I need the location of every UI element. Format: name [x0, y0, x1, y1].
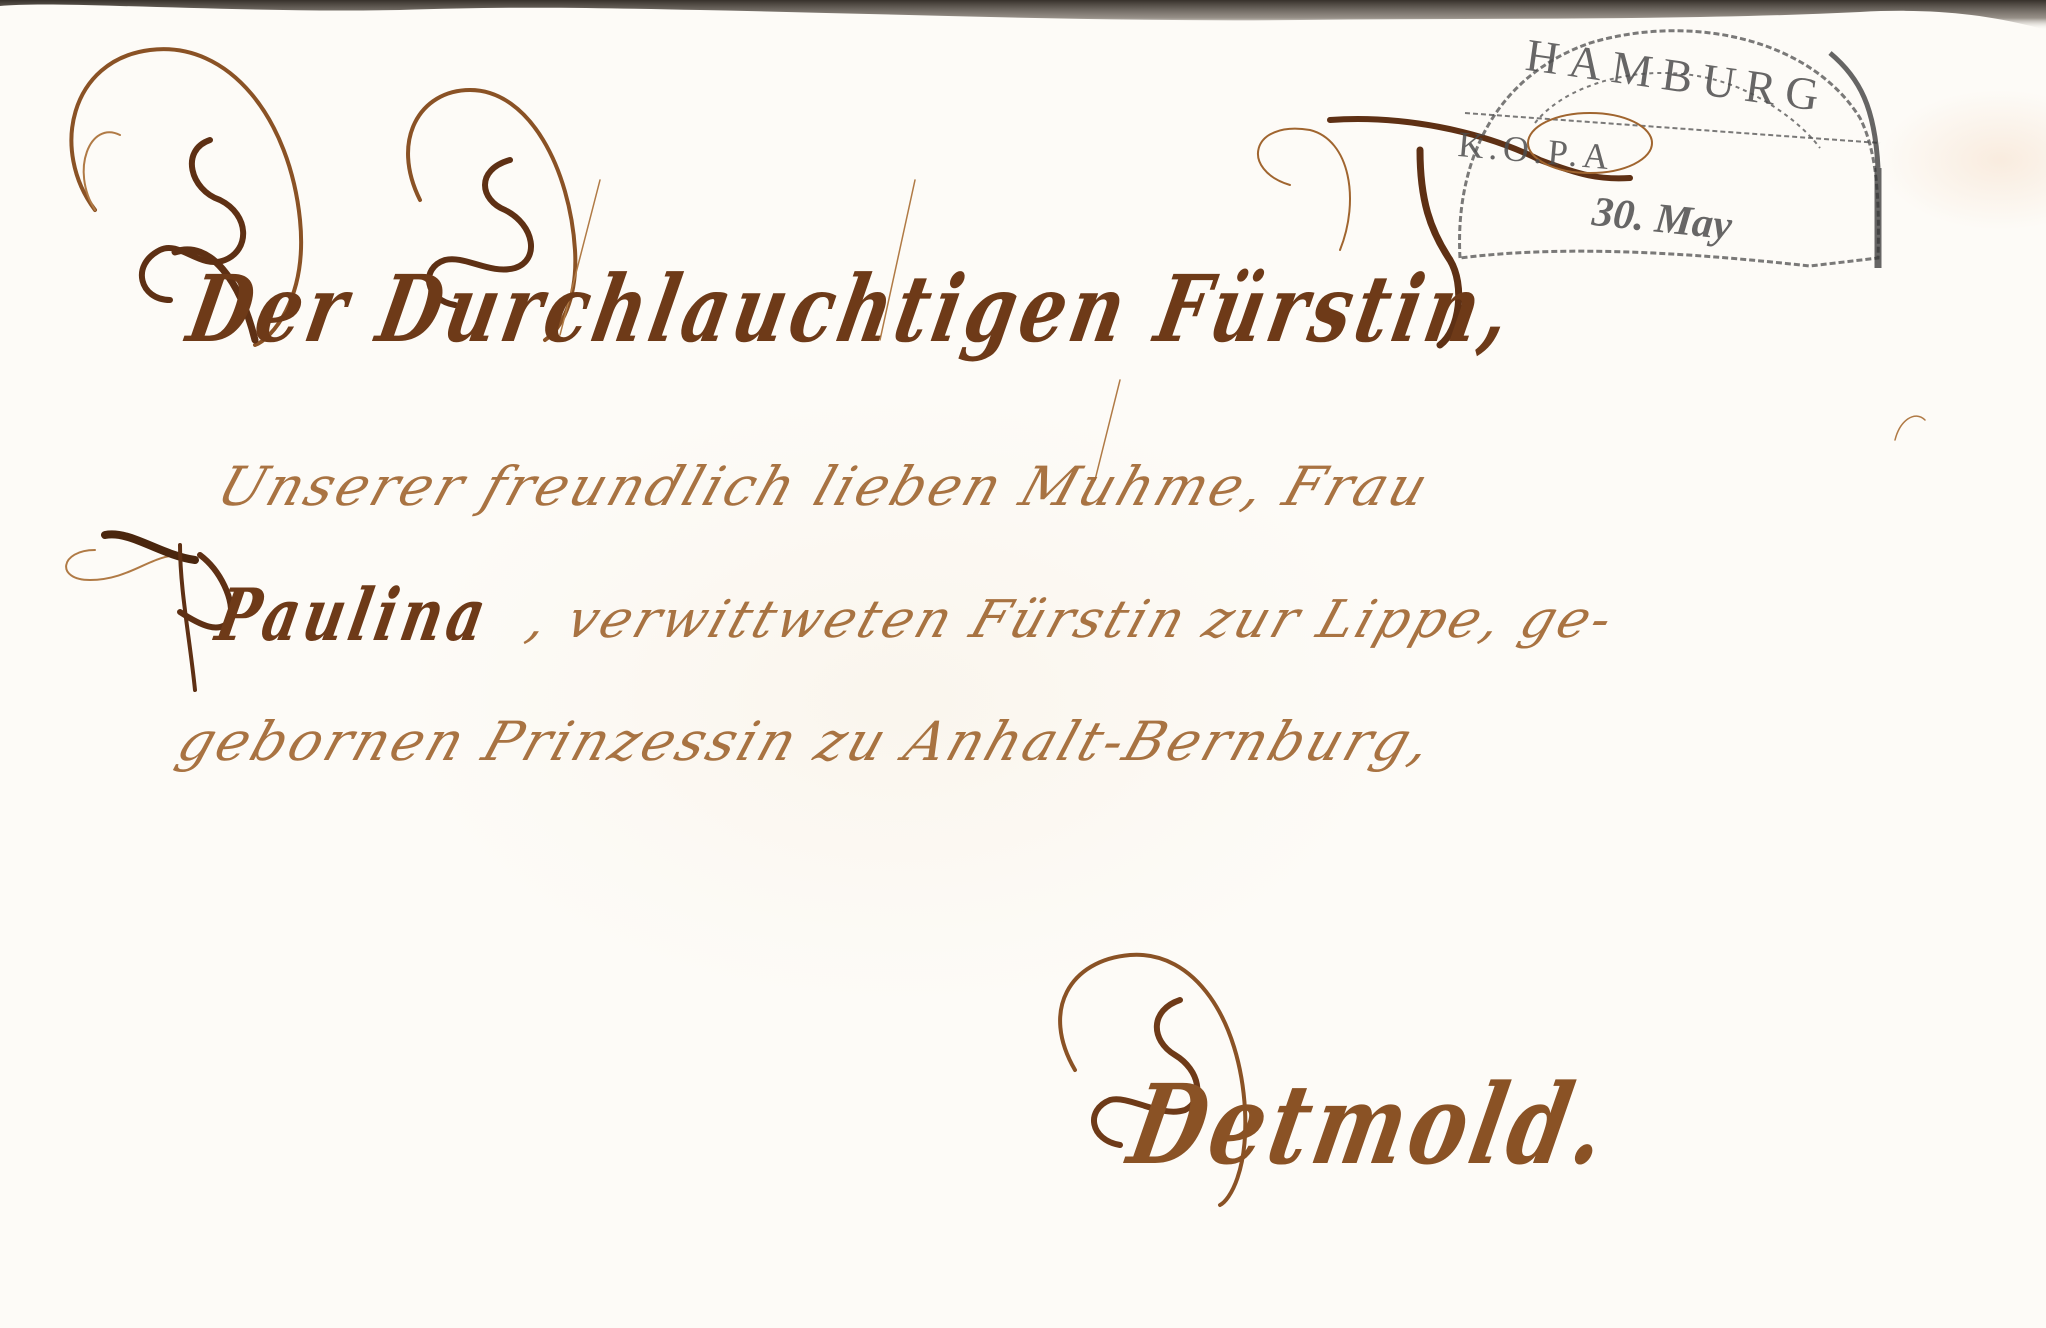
envelope-sheet: HAMBURG K.O.P.A 30. May Der Durchlauchti…: [0, 0, 2046, 1328]
address-line-3-rest: , verwittweten Fürstin zur Lippe, ge-: [520, 590, 1623, 650]
postmark-stamp: HAMBURG K.O.P.A 30. May: [1450, 18, 1890, 280]
address-line-2: Unserer freundlich lieben Muhme, Frau: [210, 455, 1438, 518]
recipient-name: Paulina: [210, 572, 497, 657]
destination-city: Detmold.: [1120, 1060, 1622, 1189]
address-line-1: Der Durchlauchtigen Fürstin,: [180, 255, 1524, 363]
address-line-4: gebornen Prinzessin zu Anhalt-Bernburg,: [170, 710, 1442, 773]
